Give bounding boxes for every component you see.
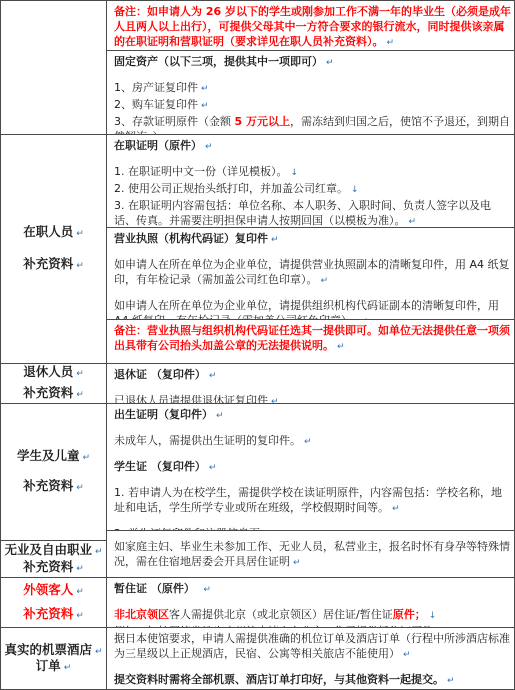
row-label-employed: 在职人员↵补充资料↵: [1, 135, 106, 364]
cell-temporary-residence: 暂住证 （原件） ↵非北京领区客人需提供北京（或北京领区）居住证/暂住证原件；↓…: [107, 578, 514, 628]
paragraph-return-mark-icon: ↵: [323, 58, 334, 68]
paragraph-return-mark-icon: ↵: [73, 229, 84, 239]
row-label-line: 补充资料↵: [23, 607, 84, 623]
paragraph-return-mark-icon: ↵: [73, 483, 84, 493]
paragraph-return-mark-icon: ↵: [268, 235, 279, 245]
text-run: 出生证明（复印件）: [114, 408, 213, 421]
blank-line: [114, 424, 511, 433]
paragraph: 如家庭主妇、毕业生未参加工作、无业人员，私营业主，报名时怀有身孕等特殊情况，需在…: [114, 539, 511, 571]
blank-line: [114, 289, 511, 298]
paragraph-return-mark-icon: ↵: [73, 611, 84, 621]
row-label-line: 补充资料↵: [23, 257, 84, 273]
paragraph: 未成年人，需提供出生证明的复印件。↵: [114, 433, 511, 450]
text-run: 3、存款证明原件（金额: [114, 115, 235, 128]
text-run: 1. 在职证明中文一份（详见模板）。: [114, 165, 288, 178]
text-run: 在职证明（原件）: [114, 139, 202, 152]
text-run: 真实的机票酒店: [4, 642, 92, 657]
paragraph-return-mark-icon: ↵: [198, 84, 209, 94]
paragraph: 3、存款证明原件（金额 5 万元以上，需冻结到归国之后，使馆不予退还，到期自然解…: [114, 114, 511, 135]
paragraph: 2. 使用公司正规抬头纸打印，并加盖公司红章。↓: [114, 181, 511, 198]
paragraph-return-mark-icon: ↵: [200, 585, 211, 595]
row-label-line: 学生及儿童↵: [17, 449, 90, 465]
text-run: 未成年人，需提供出生证明的复印件。: [114, 434, 301, 447]
paragraph: 暂住证 （原件） ↵: [114, 581, 511, 598]
row-label-retired: 退休人员↵补充资料↵: [1, 364, 106, 404]
text-run: 备注：营业执照与组织机构代码证任选其一提供即可。如单位无法提供任意一项须出具带有…: [114, 324, 510, 352]
line-break-mark-icon: ↓: [348, 185, 359, 195]
blank-line: [114, 598, 511, 607]
paragraph: 据日本使馆要求，申请人需提供准确的机位订单及酒店订单（行程中所涉酒店标准为三星级…: [114, 631, 511, 663]
cell-business-license: 营业执照（机构代码证）复印件↵如申请人在所在单位为企业单位，请提供营业执照副本的…: [107, 228, 514, 320]
text-run: 非北京领区: [114, 608, 169, 621]
text-run: 提交资料时需将全部机票、酒店订单打印好，与其他资料一起提交。: [114, 673, 444, 686]
cell-retirement-certificate: 退休证 （复印件）↵已退休人员请提供退休证复印件↵: [107, 364, 514, 404]
document-table: 在职人员↵补充资料↵ 退休人员↵补充资料↵ 学生及儿童↵补充资料↵ 无业及自由职…: [0, 0, 515, 690]
paragraph-return-mark-icon: ↵: [206, 371, 217, 381]
row-label-line: 补充资料↵: [23, 386, 84, 402]
paragraph: 提交资料时需将全部机票、酒店订单打印好，与其他资料一起提交。↵: [114, 672, 511, 689]
paragraph: 营业执照（机构代码证）复印件↵: [114, 231, 511, 248]
paragraph: 2、购车证复印件↵: [114, 97, 511, 114]
text-run: 订单: [36, 658, 61, 673]
text-run: 如申请人在所在单位为企业单位，请提供营业执照副本的清晰复印件，用 A4 纸复印，…: [114, 258, 510, 286]
cell-unemployed-note: 如家庭主妇、毕业生未参加工作、无业人员，私营业主，报名时怀有身孕等特殊情况，需在…: [107, 531, 514, 578]
row-label-line: 退休人员↵: [23, 365, 84, 381]
cell-remark-young-applicants: 备注：如申请人为 26 岁以下的学生或刚参加工作不满一年的毕业生（必须是成年人且…: [107, 1, 514, 51]
text-run: 补充资料: [23, 256, 73, 271]
paragraph: 1、房产证复印件↵: [114, 80, 511, 97]
paragraph: 退休证 （复印件）↵: [114, 367, 511, 384]
paragraph: 在职证明（原件）↵: [114, 138, 511, 155]
row-label-line: 外领客人↵: [23, 583, 84, 599]
paragraph-return-mark-icon: ↵: [389, 504, 400, 514]
cell-fixed-assets: 固定资产（以下三项，提供其中一项即可）↵1、房产证复印件↵2、购车证复印件↵3、…: [107, 51, 514, 135]
row-label-unemployed-freelance: 无业及自由职业↵补充资料↵: [1, 541, 106, 578]
paragraph: 固定资产（以下三项，提供其中一项即可）↵: [114, 54, 511, 71]
line-break-mark-icon: ↓: [288, 168, 299, 178]
text-run: 退休人员: [23, 364, 73, 379]
paragraph-return-mark-icon: ↵: [334, 342, 345, 352]
paragraph: 1. 若申请人为在校学生，需提供学校在读证明原件，内容需包括：学校名称，地址和电…: [114, 485, 511, 517]
cell-license-remark: 备注：营业执照与组织机构代码证任选其一提供即可。如单位无法提供任意一项须出具带有…: [107, 320, 514, 364]
blank-line: [114, 71, 511, 80]
row-label-line: 真实的机票酒店↵: [4, 643, 102, 659]
paragraph-return-mark-icon: ↵: [202, 142, 213, 152]
line-break-mark-icon: ↓: [426, 611, 437, 621]
text-run: 备注：如申请人为 26 岁以下的学生或刚参加工作不满一年的毕业生（必须是成年人且…: [114, 5, 511, 48]
paragraph: 备注：如申请人为 26 岁以下的学生或刚参加工作不满一年的毕业生（必须是成年人且…: [114, 4, 511, 51]
paragraph-return-mark-icon: ↵: [73, 564, 84, 574]
cell-student-materials: 出生证明（复印件）↵未成年人，需提供出生证明的复印件。↵学生证 （复印件）↵1.…: [107, 404, 514, 531]
row-label-real-ticket-hotel-orders: 真实的机票酒店↵订单↵: [1, 628, 106, 689]
blank-line: [114, 517, 511, 526]
paragraph-return-mark-icon: ↵: [73, 587, 84, 597]
text-run: 原件；: [393, 608, 426, 621]
row-label-empty: [1, 1, 106, 135]
text-run: 营业执照（机构代码证）复印件: [114, 232, 268, 245]
blank-line: [114, 155, 511, 164]
paragraph-return-mark-icon: ↵: [73, 261, 84, 271]
paragraph-return-mark-icon: ↵: [92, 647, 103, 657]
blank-line: [114, 663, 511, 672]
row-label-line: 订单↵: [36, 659, 72, 675]
paragraph: 非北京领区客人需提供北京（或北京领区）居住证/暂住证原件；↓: [114, 607, 511, 624]
text-run: 补充资料: [23, 385, 73, 400]
text-run: 据日本使馆要求，申请人需提供准确的机位订单及酒店订单（行程中所涉酒店标准为三星级…: [114, 632, 510, 660]
label-column: 在职人员↵补充资料↵ 退休人员↵补充资料↵ 学生及儿童↵补充资料↵ 无业及自由职…: [1, 1, 106, 689]
blank-line: [114, 450, 511, 459]
paragraph-return-mark-icon: ↵: [444, 676, 455, 686]
row-label-line: 补充资料↵: [23, 560, 84, 576]
paragraph-return-mark-icon: ↵: [290, 558, 301, 568]
paragraph: 1. 在职证明中文一份（详见模板）。↓: [114, 164, 511, 181]
paragraph-return-mark-icon: ↵: [79, 453, 90, 463]
paragraph-return-mark-icon: ↵: [268, 397, 279, 404]
text-run: 在职人员: [23, 224, 73, 239]
text-run: 如家庭主妇、毕业生未参加工作、无业人员，私营业主，报名时怀有身孕等特殊情况，需在…: [114, 540, 510, 568]
paragraph-return-mark-icon: ↵: [198, 101, 209, 111]
cell-employment-certificate: 在职证明（原件）↵1. 在职证明中文一份（详见模板）。↓2. 使用公司正规抬头纸…: [107, 135, 514, 228]
text-run: 无业及自由职业: [4, 542, 92, 557]
paragraph-return-mark-icon: ↵: [61, 663, 72, 673]
row-label-other-consular-guests: 外领客人↵补充资料↵: [1, 578, 106, 628]
text-run: 补充资料: [23, 559, 73, 574]
paragraph: 如申请人在所在单位为企业单位，请提供组织机构代码证副本的清晰复印件，用 A4 纸…: [114, 298, 511, 320]
paragraph-return-mark-icon: ↵: [73, 390, 84, 400]
paragraph-return-mark-icon: ↵: [406, 217, 417, 227]
row-label-students-children: 学生及儿童↵补充资料↵: [1, 404, 106, 541]
paragraph: 如申请人在所在单位为企业单位，请提供营业执照副本的清晰复印件，用 A4 纸复印，…: [114, 257, 511, 289]
text-run: 2. 使用公司正规抬头纸打印，并加盖公司红章。: [114, 182, 348, 195]
paragraph: 已退休人员请提供退休证复印件↵: [114, 393, 511, 404]
text-run: 客人需提供北京（或北京领区）居住证/暂住证: [169, 608, 393, 621]
text-run: 暂住证 （原件）: [114, 582, 200, 595]
paragraph: 学生证 （复印件）↵: [114, 459, 511, 476]
row-label-line: 无业及自由职业↵: [4, 543, 102, 559]
text-run: 1、房产证复印件: [114, 81, 198, 94]
paragraph-return-mark-icon: ↵: [213, 411, 224, 421]
paragraph-return-mark-icon: ↵: [301, 437, 312, 447]
paragraph: 备注：营业执照与组织机构代码证任选其一提供即可。如单位无法提供任意一项须出具带有…: [114, 323, 511, 355]
text-run: 2、购车证复印件: [114, 98, 198, 111]
paragraph-return-mark-icon: ↵: [206, 463, 217, 473]
paragraph-return-mark-icon: ↵: [384, 38, 395, 48]
text-run: 学生及儿童: [17, 448, 80, 463]
row-label-line: 补充资料↵: [23, 479, 84, 495]
text-run: 退休证 （复印件）: [114, 368, 206, 381]
text-run: 如申请人在所在单位为企业单位，请提供组织机构代码证副本的清晰复印件，用 A4 纸…: [114, 299, 499, 320]
text-run: 补充资料: [23, 606, 73, 621]
paragraph: 出生证明（复印件）↵: [114, 407, 511, 424]
paragraph-return-mark-icon: ↵: [318, 276, 329, 286]
paragraph-return-mark-icon: ↵: [73, 369, 84, 379]
blank-line: [114, 384, 511, 393]
content-column: 备注：如申请人为 26 岁以下的学生或刚参加工作不满一年的毕业生（必须是成年人且…: [106, 1, 514, 689]
text-run: 固定资产（以下三项，提供其中一项即可）: [114, 55, 323, 68]
row-label-line: 在职人员↵: [23, 225, 84, 241]
text-run: 外领客人: [23, 582, 73, 597]
paragraph: 3. 在职证明内容需包括：单位名称、本人职务、入职时间、负责人签字以及电话、传真…: [114, 198, 511, 228]
text-run: 已退休人员请提供退休证复印件: [114, 394, 268, 404]
blank-line: [114, 248, 511, 257]
text-run: 5 万元以上: [235, 115, 290, 128]
text-run: 1. 若申请人为在校学生，需提供学校在读证明原件，内容需包括：学校名称，地址和电…: [114, 486, 502, 514]
paragraph-return-mark-icon: ↵: [92, 547, 103, 557]
text-run: 3. 在职证明内容需包括：单位名称、本人职务、入职时间、负责人签字以及电话、传真…: [114, 199, 491, 227]
cell-ticket-hotel-orders: 据日本使馆要求，申请人需提供准确的机位订单及酒店订单（行程中所涉酒店标准为三星级…: [107, 628, 514, 689]
text-run: 学生证 （复印件）: [114, 460, 206, 473]
blank-line: [114, 476, 511, 485]
paragraph-return-mark-icon: ↵: [400, 650, 411, 660]
text-run: 补充资料: [23, 478, 73, 493]
